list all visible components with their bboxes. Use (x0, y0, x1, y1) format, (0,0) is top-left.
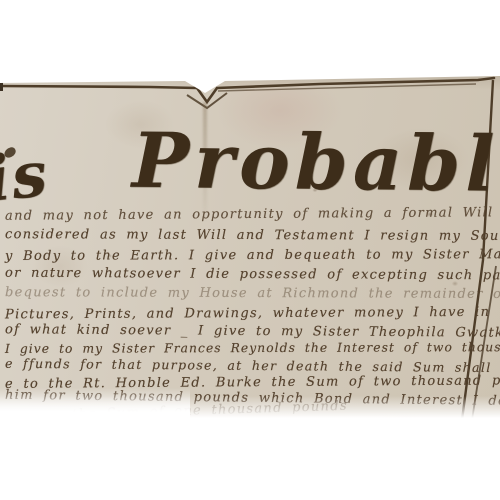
heading-flourish-is: is (0, 137, 52, 216)
manuscript-line-3: y Body to the Earth. I give and bequeath… (5, 247, 500, 264)
manuscript-photo: is Probable and may not have an opportun… (0, 76, 500, 422)
manuscript-line-4: or nature whatsoever I die possessed of … (5, 266, 500, 284)
manuscript-line-6: Pictures, Prints, and Drawings, whatever… (5, 305, 500, 323)
left-edge-mark (0, 78, 3, 91)
manuscript-line-8: I give to my Sister Frances Reynolds the… (5, 340, 500, 356)
bottom-fade (0, 396, 500, 422)
heading-word-probable: Probable (132, 116, 500, 209)
page: is Probable and may not have an opportun… (0, 0, 500, 500)
manuscript-line-5: bequest to include my House at Richmond … (5, 285, 500, 302)
manuscript-line-2: considered as my last Will and Testament… (5, 227, 500, 244)
